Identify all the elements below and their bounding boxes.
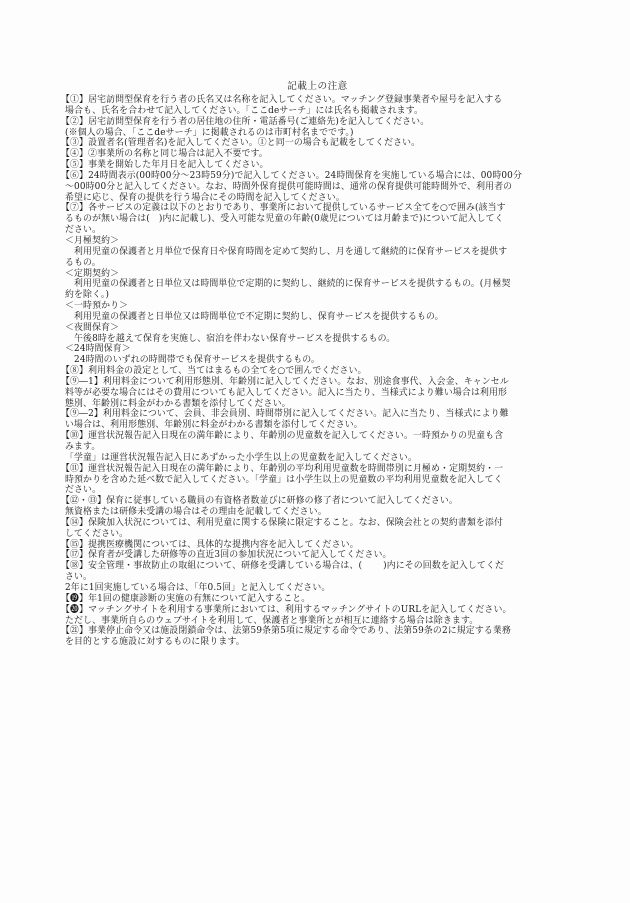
note-item-line: 【⑰】保育者が受講した研修等の直近3回の参加状況について記入してください。: [65, 550, 570, 561]
note-item-line: 【⑪】運営状況報告記入日現在の満年齢により、年齢別の平均利用児童数を時間帯別に月…: [65, 464, 570, 475]
note-item-line: 【⑤】事業を開始した年月日を記入してください。: [65, 160, 570, 171]
service-heading-line: ＜夜間保育＞: [65, 323, 570, 334]
note-item-line: 【①】居宅訪問型保育を行う者の氏名又は名称を記入してください。マッチング登録事業…: [65, 95, 570, 106]
note-item-line: 【⑥】24時間表示(00時00分～23時59分)で記入してください。24時間保育…: [65, 171, 570, 182]
service-heading-line: ＜月極契約＞: [65, 236, 570, 247]
note-item-line: 【⑱】安全管理・事故防止の取組について、研修を受講している場合は、( )内にその…: [65, 561, 570, 572]
note-item-line: 【⑩】運営状況報告記入日現在の満年齢により、年齢別の児童数を記入してください。一…: [65, 431, 570, 442]
note-item-line: 【④】②事業所の名称と同じ場合は記入不要です。: [65, 149, 570, 160]
note-continuation-line: 24時間のいずれの時間帯でも保育サービスを提供するもの。: [65, 355, 570, 366]
note-continuation-line: してください。: [65, 529, 570, 540]
note-item-line: 【③】設置者名(管理者名)を記入してください。①と同一の場合も記載をしてください…: [65, 138, 570, 149]
note-continuation-line: 利用児童の保護者と日単位又は時間単位で不定期に契約し、保育サービスを提供するもの…: [65, 312, 570, 323]
document-page: 記載上の注意 【①】居宅訪問型保育を行う者の氏名又は名称を記入してください。マッ…: [65, 81, 570, 648]
note-continuation-line: 料等が必要な場合にはその費用についても記入してください。記入に当たり、当様式によ…: [65, 388, 570, 399]
note-continuation-line: (※個人の場合、「ここdeサーチ」に掲載されるのは市町村名までです。): [65, 128, 570, 139]
note-continuation-line: 態別、年齢別に料金がわかる書類を添付してください。: [65, 399, 570, 410]
note-item-line: 【⑮】提携医療機関については、具体的な提携内容を記入してください。: [65, 540, 570, 551]
note-continuation-line: を目的とする施設に対するものに限ります。: [65, 637, 570, 648]
note-item-line: 【⑨―2】利用料金について、会員、非会員別、時間帯別に記入してください。記入に当…: [65, 409, 570, 420]
note-continuation-line: 希望に応じ、保育の提供を行う場合にその時間を記入してください。: [65, 193, 570, 204]
note-continuation-line: い場合は、利用形態別、年齢別に料金がわかる書類を添付してください。: [65, 420, 570, 431]
note-continuation-line: 利用児童の保護者と日単位又は時間単位で定期的に契約し、継続的に保育サービスを提供…: [65, 279, 570, 290]
note-continuation-line: 2年に1回実施している場合は、「年0.5回」と記入してください。: [65, 583, 570, 594]
service-heading-line: ＜24時間保育＞: [65, 344, 570, 355]
note-continuation-line: るものが無い場合は( )内に記載し)、受入可能な児童の年齢(0歳児については月齢…: [65, 214, 570, 225]
note-item-line: 【㉑】事業停止命令又は施設閉鎖命令は、法第59条第5項に規定する命令であり、法第…: [65, 626, 570, 637]
note-continuation-line: 「学童」は運営状況報告記入日にあずかった小学生以上の児童数を記入してください。: [65, 453, 570, 464]
note-item-line: 【⑨―1】利用料金について利用形態別、年齢別に記入してください。なお、別途食事代…: [65, 377, 570, 388]
note-continuation-line: 午後8時を越えて保育を実施し、宿泊を伴わない保育サービスを提供するもの。: [65, 334, 570, 345]
note-continuation-line: 場合も、氏名を合わせて記入してください。「ここdeサーチ」には氏名も掲載されます…: [65, 106, 570, 117]
note-item-line: 【⓳】年1回の健康診断の実施の有無について記入すること。: [65, 594, 570, 605]
note-continuation-line: 時預かりを含めた延べ数で記入してください。「学童」は小学生以上の児童数の平均利用…: [65, 475, 570, 486]
note-item-line: 【⑦】各サービスの定義は以下のとおりであり、事業所において提供しているサービス全…: [65, 203, 570, 214]
note-item-line: 【⑫・⑬】保育に従事している職員の有資格者数並びに研修の修了者について記入してく…: [65, 496, 570, 507]
notes-body: 【①】居宅訪問型保育を行う者の氏名又は名称を記入してください。マッチング登録事業…: [65, 95, 570, 648]
note-continuation-line: ただし、事業所自らのウェブサイトを利用して、保護者と事業所とが相互に連絡する場合…: [65, 616, 570, 627]
note-continuation-line: るもの。: [65, 258, 570, 269]
note-continuation-line: ださい。: [65, 225, 570, 236]
note-item-line: 【⑧】利用料金の設定として、当てはまるもの全てを○で囲んでください。: [65, 366, 570, 377]
service-heading-line: ＜一時預かり＞: [65, 301, 570, 312]
note-continuation-line: さい。: [65, 572, 570, 583]
service-heading-line: ＜定期契約＞: [65, 269, 570, 280]
note-continuation-line: みます。: [65, 442, 570, 453]
note-item-line: 【②】居宅訪問型保育を行う者の居住地の住所・電話番号(ご連絡先)を記入してくださ…: [65, 117, 570, 128]
note-item-line: 【⑭】保険加入状況については、利用児童に関する保険に限定すること。なお、保険会社…: [65, 518, 570, 529]
note-item-line: 【⓴】マッチングサイトを利用する事業所においては、利用するマッチングサイトのUR…: [65, 605, 570, 616]
note-continuation-line: ださい。: [65, 485, 570, 496]
document-title: 記載上の注意: [65, 81, 570, 93]
note-continuation-line: 無資格または研修未受講の場合はその理由を記載してください。: [65, 507, 570, 518]
note-continuation-line: 約を除く。): [65, 290, 570, 301]
note-continuation-line: ～00時00分と記入してください。なお、時間外保育提供可能時間は、通常の保育提供…: [65, 182, 570, 193]
note-continuation-line: 利用児童の保護者と月単位で保育日や保育時間を定めて契約し、月を通して継続的に保育…: [65, 247, 570, 258]
